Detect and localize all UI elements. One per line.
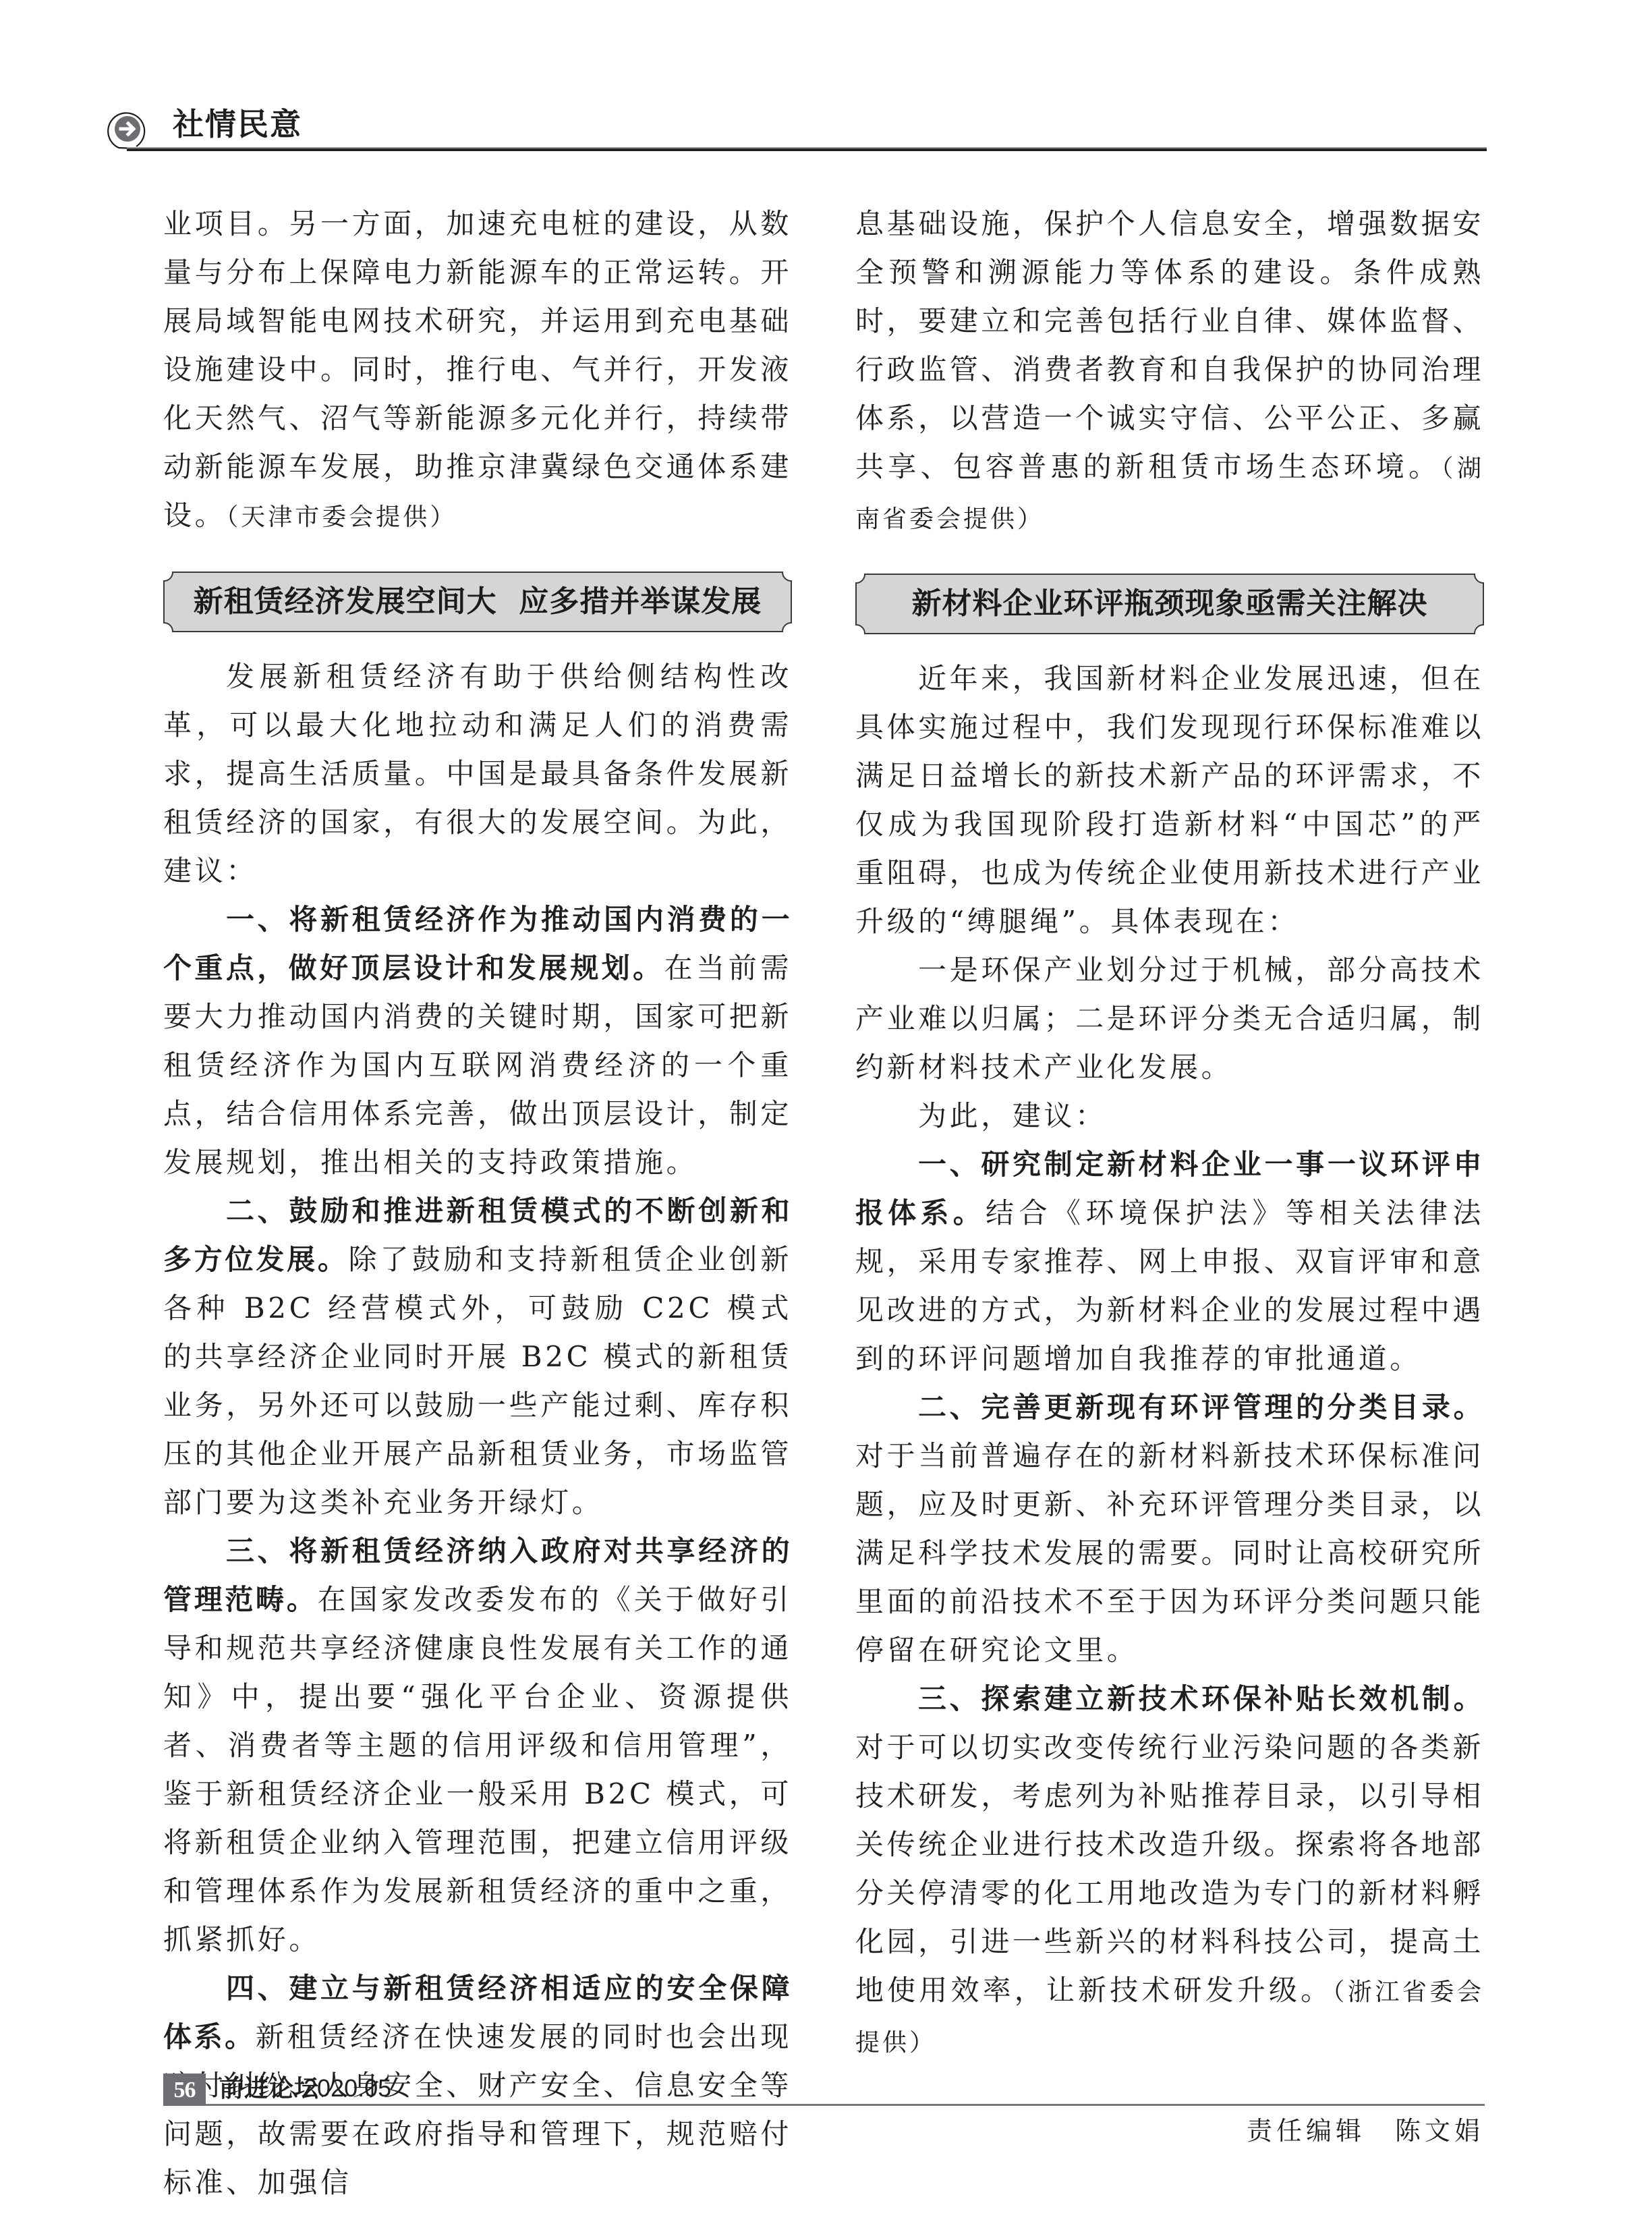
section-title: 社情民意 xyxy=(173,105,302,143)
continued-paragraph: 息基础设施，保护个人信息安全，增强数据安全预警和溯源能力等体系的建设。条件成熟时… xyxy=(855,200,1484,544)
recommendation-1: 一、研究制定新材料企业一事一议环评申报体系。结合《环境保护法》等相关法律法规，采… xyxy=(855,1140,1484,1383)
page-number: 56 xyxy=(163,2074,206,2106)
recommendation-body: 在国家发改委发布的《关于做好引导和规范共享经济健康良性发展有关工作的通知》中，提… xyxy=(163,1583,792,1956)
footer-rule xyxy=(206,2104,1485,2106)
source-credit: （天津市委会提供） xyxy=(226,503,457,531)
recommendation-body: 对于可以切实改变传统行业污染问题的各类新技术研发，考虑列为补贴推荐目录，以引导相… xyxy=(855,1731,1484,2007)
arrow-right-circle-icon xyxy=(107,106,154,153)
recommendation-3: 三、将新租赁经济纳入政府对共享经济的管理范畴。在国家发改委发布的《关于做好引导和… xyxy=(163,1527,792,1964)
recommendation-2: 二、完善更新现有环评管理的分类目录。对于当前普遍存在的新材料新技术环保标准问题，… xyxy=(855,1383,1484,1675)
lead-in: 为此，建议： xyxy=(855,1092,1484,1140)
article-intro: 近年来，我国新材料企业发展迅速，但在具体实施过程中，我们发现现行环保标准难以满足… xyxy=(855,655,1484,946)
recommendation-body: 在当前需要大力推动国内消费的关键时期，国家可把新租赁经济作为国内互联网消费经济的… xyxy=(163,951,792,1179)
recommendation-1: 一、将新租赁经济作为推动国内消费的一个重点，做好顶层设计和发展规划。在当前需要大… xyxy=(163,895,792,1187)
page-footer: 56 前进论坛 2020.05 xyxy=(0,2065,1652,2132)
recommendation-heading: 三、探索建立新技术环保补贴长效机制。 xyxy=(918,1682,1484,1715)
recommendation-3: 三、探索建立新技术环保补贴长效机制。对于可以切实改变传统行业污染问题的各类新技术… xyxy=(855,1675,1484,2067)
recommendation-body: 对于当前普遍存在的新材料新技术环保标准问题，应及时更新、补充环评管理分类目录，以… xyxy=(855,1439,1484,1667)
article-title-box: 新租赁经济发展空间大 应多措并举谋发展 xyxy=(163,572,792,632)
problems-paragraph: 一是环保产业划分过于机械，部分高技术产业难以归属；二是环评分类无合适归属，制约新… xyxy=(855,946,1484,1092)
right-column: 息基础设施，保护个人信息安全，增强数据安全预警和溯源能力等体系的建设。条件成熟时… xyxy=(855,200,1484,2155)
header-rule xyxy=(127,148,1487,151)
paragraph-text: 业项目。另一方面，加速充电桩的建设，从数量与分布上保障电力新能源车的正常运转。开… xyxy=(163,207,792,532)
continued-paragraph: 业项目。另一方面，加速充电桩的建设，从数量与分布上保障电力新能源车的正常运转。开… xyxy=(163,200,792,542)
page-header: 社情民意 xyxy=(0,0,1652,162)
article-title: 新材料企业环评瓶颈现象亟需关注解决 xyxy=(855,574,1484,634)
issue-date: 2020.05 xyxy=(304,2071,391,2105)
recommendation-2: 二、鼓励和推进新租赁模式的不断创新和多方位发展。除了鼓励和支持新租赁企业创新各种… xyxy=(163,1187,792,1527)
article-title: 新租赁经济发展空间大 应多措并举谋发展 xyxy=(163,572,792,632)
paragraph-text: 息基础设施，保护个人信息安全，增强数据安全预警和溯源能力等体系的建设。条件成熟时… xyxy=(855,207,1484,483)
left-column: 业项目。另一方面，加速充电桩的建设，从数量与分布上保障电力新能源车的正常运转。开… xyxy=(163,200,792,2207)
recommendation-body: 除了鼓励和支持新租赁企业创新各种 B2C 经营模式外，可鼓励 C2C 模式的共享… xyxy=(163,1243,792,1519)
article-intro: 发展新租赁经济有助于供给侧结构性改革，可以最大化地拉动和满足人们的消费需求，提高… xyxy=(163,652,792,895)
recommendation-heading: 二、完善更新现有环评管理的分类目录。 xyxy=(918,1391,1484,1424)
article-title-box: 新材料企业环评瓶颈现象亟需关注解决 xyxy=(855,574,1484,634)
